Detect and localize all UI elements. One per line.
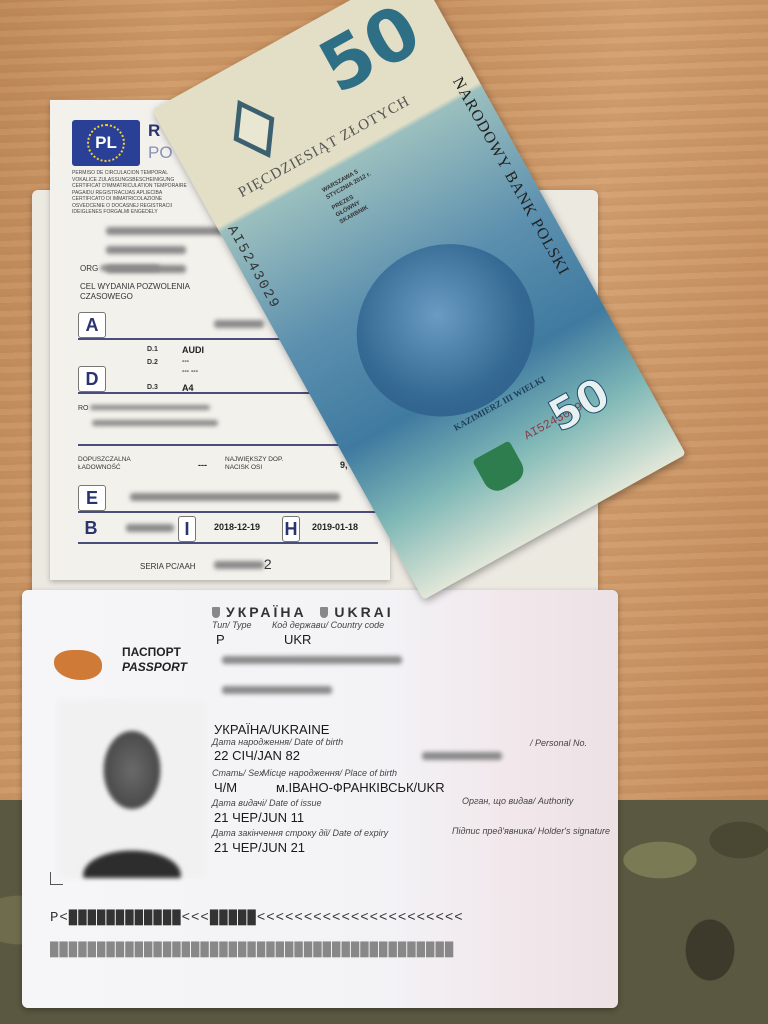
country-title-en: UKRAI: [334, 604, 393, 620]
nationality-value: УКРАЇНА/UKRAINE: [214, 722, 329, 737]
place-date: WARSZAWA 5 STYCZNIA 2012 r. PREZES GŁÓWN…: [321, 159, 395, 227]
permit-title-line-2: PO: [148, 142, 173, 164]
redacted-personal-no: [422, 752, 502, 760]
redacted-plate: [214, 320, 264, 328]
corner-mark: [50, 872, 63, 885]
date-issued: 2018-12-19: [214, 522, 260, 532]
issue-date-value: 21 ЧЕР/JUN 11: [214, 810, 304, 825]
d1-code: D.1: [147, 346, 158, 353]
expiry-date-value: 21 ЧЕР/JUN 21: [214, 840, 305, 855]
ukraine-map-icon: [54, 650, 102, 680]
row-d-letter: D: [78, 366, 106, 392]
row-h-letter: H: [282, 516, 300, 542]
signature-label: Підпис пред'явника/ Holder's signature: [452, 826, 610, 836]
sex-value: Ч/M: [214, 780, 237, 795]
country-code: PL: [95, 133, 117, 153]
series-label-text: SERIA PC/AAH: [140, 562, 196, 571]
purpose-label: CEL WYDANIA POZWOLENIA CZASOWEGO: [80, 282, 210, 302]
expiry-date-label: Дата закінчення строку дії/ Date of expi…: [212, 828, 388, 838]
passport-word-en: PASSPORT: [122, 660, 187, 675]
series-number: 2: [264, 556, 272, 572]
row-e-letter: E: [78, 485, 106, 511]
axle-label: NAJWIĘKSZY DOP. NACISK OSI: [225, 456, 305, 472]
redacted-bar: [100, 265, 160, 271]
denomination-top: 50: [306, 0, 434, 110]
place-of-birth-value: м.ІВАНО-ФРАНКІВСЬК/UKR: [276, 780, 445, 795]
country-title-uk: УКРАЇНА: [226, 604, 307, 620]
ukrainian-passport: УКРАЇНА UKRAI ПАСПОРТ PASSPORT Тип/ Type…: [22, 590, 618, 1008]
type-label: Тип/ Type: [212, 620, 252, 630]
dob-label: Дата народження/ Date of birth: [212, 737, 343, 747]
type-value: P: [216, 632, 225, 647]
redacted-bar: [90, 405, 210, 410]
redacted-bar: [92, 420, 218, 426]
diamond-window-icon: [234, 100, 275, 158]
redacted-surname: [222, 656, 402, 664]
passport-word-uk: ПАСПОРТ: [122, 645, 187, 660]
dob-value: 22 СІЧ/JAN 82: [214, 748, 300, 763]
redacted-series: [214, 561, 264, 569]
trident-icon: [212, 607, 220, 618]
redacted-vin: [130, 493, 340, 501]
personal-no-label: / Personal No.: [530, 738, 587, 748]
divider: [78, 444, 378, 446]
row-e: E: [78, 485, 378, 513]
redacted-bar: [106, 246, 186, 254]
date-valid-until: 2019-01-18: [312, 522, 358, 532]
coat-of-arms-icon: [472, 440, 528, 495]
org-label: ORG: [80, 264, 160, 273]
d2-value: ---: [182, 358, 189, 365]
country-code-label: Код держави/ Country code: [272, 620, 384, 630]
sex-label: Стать/ Sex: [212, 768, 264, 778]
d2-code: D.2: [147, 359, 158, 366]
issue-date-label: Дата видачі/ Date of issue: [212, 798, 322, 808]
d1-make: AUDI: [182, 345, 204, 355]
redacted-given-name: [222, 686, 332, 694]
trident-icon: [320, 607, 328, 618]
series-label: SERIA PC/AAH 2: [140, 556, 272, 572]
place-of-birth-label: Місце народження/ Place of birth: [262, 768, 397, 778]
org-label-text: ORG: [80, 264, 98, 273]
eu-flag-icon: PL: [72, 120, 140, 166]
row-b-letter: B: [78, 516, 104, 540]
row-b-i-h: B I 2018-12-19 H 2019-01-18: [78, 516, 378, 544]
ro-row: RO: [78, 405, 218, 428]
row-i-letter: I: [178, 516, 196, 542]
row-a-letter: A: [78, 312, 106, 338]
passport-country-title: УКРАЇНА UKRAI: [212, 604, 394, 620]
load-label: DOPUSZCZALNA ŁADOWNOŚĆ: [78, 456, 158, 472]
country-code-value: UKR: [284, 632, 311, 647]
mrz-line-1: P<████████████<<<█████<<<<<<<<<<<<<<<<<<…: [50, 910, 464, 926]
mrz-line-2: ████████████████████████████████████████…: [50, 942, 454, 958]
d3-code: D.3: [147, 384, 158, 391]
ro-label: RO: [78, 405, 89, 412]
d3-model: A4: [182, 383, 194, 393]
denomination-bottom: 50: [540, 368, 618, 442]
load-value: ---: [198, 460, 207, 470]
passport-word: ПАСПОРТ PASSPORT: [122, 645, 187, 675]
holder-photo: [58, 700, 206, 878]
authority-label: Орган, що видав/ Authority: [462, 796, 573, 806]
redacted-first-reg: [126, 524, 174, 532]
